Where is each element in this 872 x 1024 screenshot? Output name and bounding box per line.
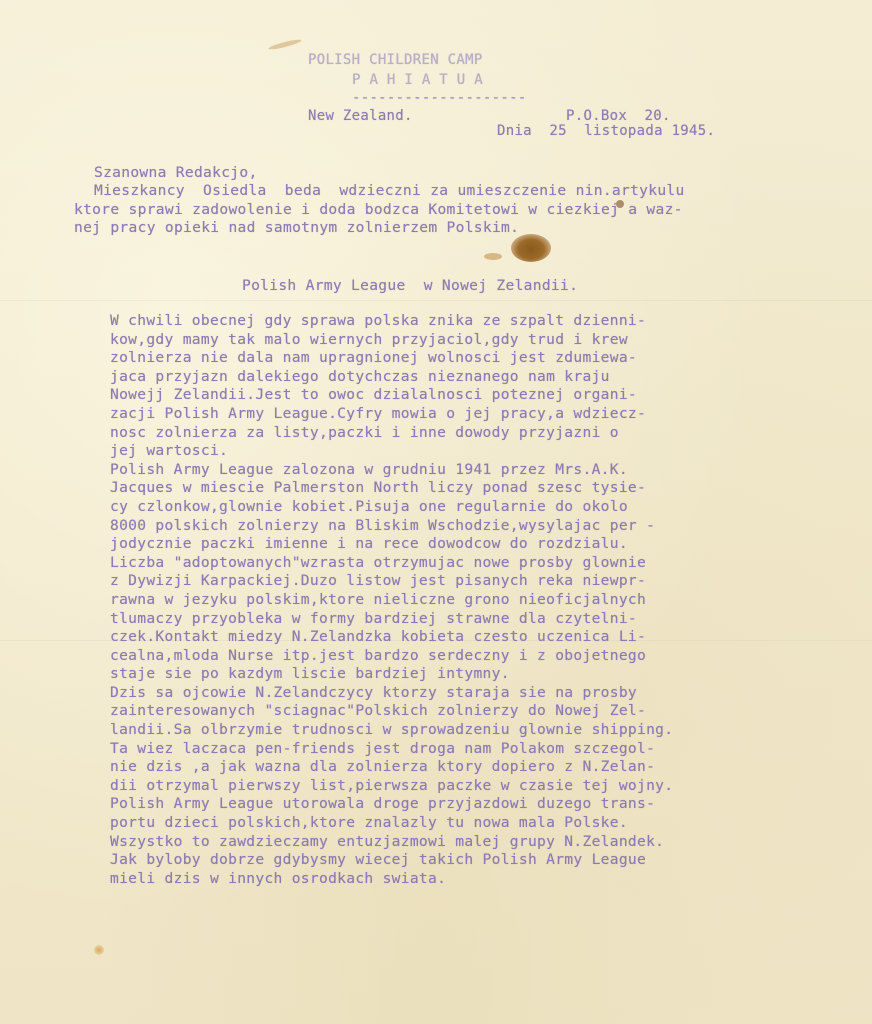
- body-line: cealna,mloda Nurse itp.jest bardzo serde…: [110, 647, 673, 666]
- salutation: Szanowna Redakcjo,: [94, 164, 258, 183]
- body-line: Wszystko to zawdzieczamy entuzjazmowi ma…: [110, 833, 673, 852]
- body-line: cy czlonkow,glownie kobiet.Pisuja one re…: [110, 498, 673, 517]
- body-line: rawna w jezyku polskim,ktore nieliczne g…: [110, 591, 673, 610]
- body-line: Ta wiez laczaca pen-friends jest droga n…: [110, 740, 673, 759]
- body-line: nie dzis ,a jak wazna dla zolnierza ktor…: [110, 758, 673, 777]
- article-title: Polish Army League w Nowej Zelandii.: [242, 277, 578, 294]
- body-line: z Dywizji Karpackiej.Duzo listow jest pi…: [110, 572, 673, 591]
- paper-crease: [0, 300, 872, 301]
- intro-line: ktore sprawi zadowolenie i doda bodzca K…: [74, 201, 683, 220]
- body-line: portu dzieci polskich,ktore znalazly tu …: [110, 814, 673, 833]
- body-line: mieli dzis w innych osrodkach swiata.: [110, 870, 673, 889]
- body-line: nosc zolnierza za listy,paczki i inne do…: [110, 424, 673, 443]
- body-line: 8000 polskich zolnierzy na Bliskim Wscho…: [110, 517, 673, 536]
- body-line: jej wartosci.: [110, 442, 673, 461]
- letterhead-po-box: P.O.Box 20.: [566, 108, 671, 124]
- letter-date: Dnia 25 listopada 1945.: [497, 123, 715, 139]
- body-line: jodycznie paczki imienne i na rece dowod…: [110, 535, 673, 554]
- letterhead-line2: P A H I A T U A: [352, 72, 483, 88]
- body-line: czek.Kontakt miedzy N.Zelandzka kobieta …: [110, 628, 673, 647]
- body-line: Polish Army League utorowala droge przyj…: [110, 795, 673, 814]
- body-line: jaca przyjazn dalekiego dotychczas niezn…: [110, 368, 673, 387]
- article-body: W chwili obecnej gdy sprawa polska znika…: [110, 312, 673, 888]
- intro-line: Mieszkancy Osiedla beda wdzieczni za umi…: [94, 182, 703, 201]
- body-line: zacji Polish Army League.Cyfry mowia o j…: [110, 405, 673, 424]
- body-line: W chwili obecnej gdy sprawa polska znika…: [110, 312, 673, 331]
- body-line: Liczba "adoptowanych"wzrasta otrzymujac …: [110, 554, 673, 573]
- body-line: Nowejj Zelandii.Jest to owoc dzialalnosc…: [110, 386, 673, 405]
- body-line: Jak byloby dobrze gdybysmy wiecej takich…: [110, 851, 673, 870]
- letterhead-rule: --------------------: [352, 90, 527, 106]
- stain-mark: [484, 253, 502, 260]
- stain-mark: [94, 945, 104, 955]
- body-line: kow,gdy mamy tak malo wiernych przyjacio…: [110, 331, 673, 350]
- body-line: dii otrzymal pierwszy list,pierwsza pacz…: [110, 777, 673, 796]
- intro-paragraph: Mieszkancy Osiedla beda wdzieczni za umi…: [74, 182, 683, 238]
- body-line: staje sie po kazdym liscie bardziej inty…: [110, 665, 673, 684]
- body-line: tlumaczy przyobleka w formy bardziej str…: [110, 610, 673, 629]
- body-line: landii.Sa olbrzymie trudnosci w sprowadz…: [110, 721, 673, 740]
- body-line: Dzis sa ojcowie N.Zelandczycy ktorzy sta…: [110, 684, 673, 703]
- body-line: zolnierza nie dala nam upragnionej wolno…: [110, 349, 673, 368]
- letterhead-line1: POLISH CHILDREN CAMP: [308, 52, 483, 68]
- body-line: Polish Army League zalozona w grudniu 19…: [110, 461, 673, 480]
- body-line: Jacques w miescie Palmerston North liczy…: [110, 479, 673, 498]
- letterhead-country: New Zealand.: [308, 108, 413, 124]
- body-line: zainteresowanych "sciagnac"Polskich zoln…: [110, 702, 673, 721]
- intro-line: nej pracy opieki nad samotnym zolnierzem…: [74, 219, 683, 238]
- stain-mark: [511, 234, 551, 262]
